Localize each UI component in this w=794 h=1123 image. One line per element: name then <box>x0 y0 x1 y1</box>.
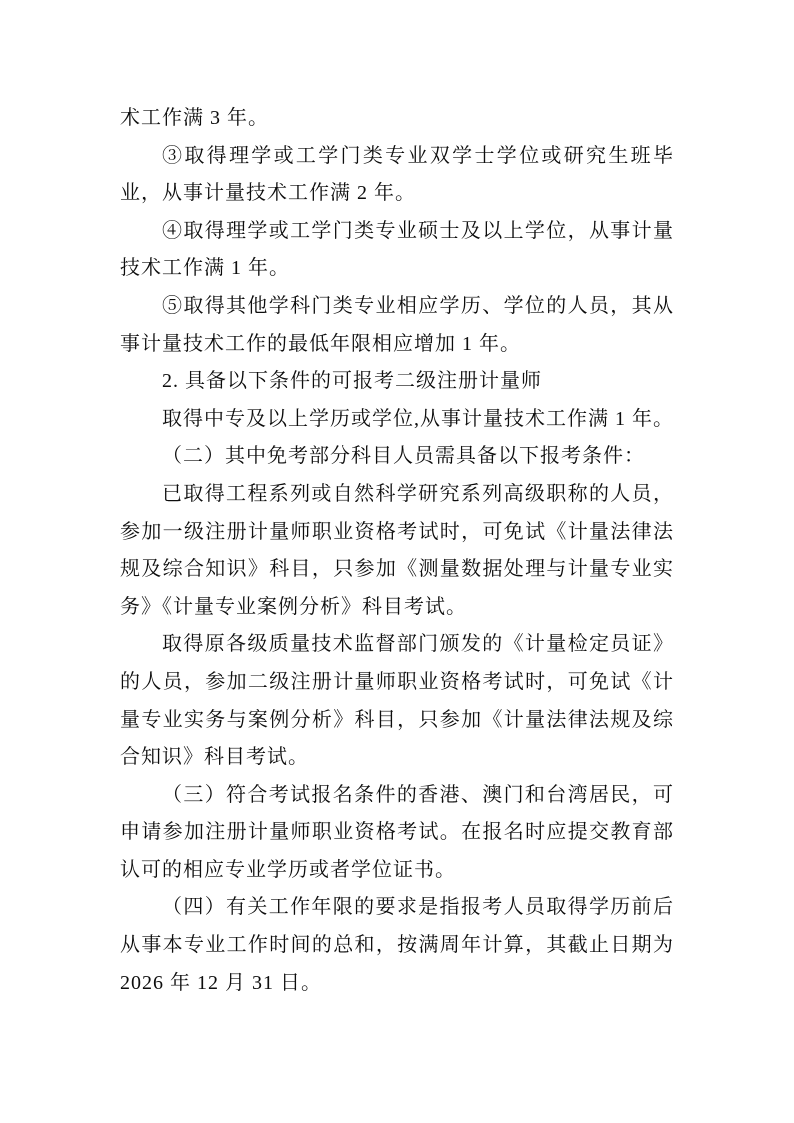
text-line: 务》《计量专业案例分析》科目考试。 <box>120 589 674 627</box>
paragraph: ④取得理学或工学门类专业硕士及以上学位，从事计量技术工作满 1 年。 <box>120 213 674 288</box>
text-line: 已取得工程系列或自然科学研究系列高级职称的人员， <box>120 476 674 514</box>
text-line: 从事本专业工作时间的总和，按满周年计算，其截止日期为 <box>120 927 674 965</box>
text-line: 合知识》科目考试。 <box>120 739 674 777</box>
paragraph: （三）符合考试报名条件的香港、澳门和台湾居民，可申请参加注册计量师职业资格考试。… <box>120 777 674 890</box>
text-line: 参加一级注册计量师职业资格考试时，可免试《计量法律法 <box>120 514 674 552</box>
text-line: 术工作满 3 年。 <box>120 100 674 138</box>
text-line: 取得原各级质量技术监督部门颁发的《计量检定员证》 <box>120 626 674 664</box>
text-line: 规及综合知识》科目，只参加《测量数据处理与计量专业实 <box>120 551 674 589</box>
text-line: 认可的相应专业学历或者学位证书。 <box>120 852 674 890</box>
text-line: 取得中专及以上学历或学位,从事计量技术工作满 1 年。 <box>120 401 674 439</box>
paragraph: ③取得理学或工学门类专业双学士学位或研究生班毕业，从事计量技术工作满 2 年。 <box>120 138 674 213</box>
paragraph: （二）其中免考部分科目人员需具备以下报考条件： <box>120 438 674 476</box>
text-line: 2. 具备以下条件的可报考二级注册计量师 <box>120 363 674 401</box>
text-line: 技术工作满 1 年。 <box>120 250 674 288</box>
paragraph: ⑤取得其他学科门类专业相应学历、学位的人员，其从事计量技术工作的最低年限相应增加… <box>120 288 674 363</box>
text-line: 的人员，参加二级注册计量师职业资格考试时，可免试《计 <box>120 664 674 702</box>
text-line: ④取得理学或工学门类专业硕士及以上学位，从事计量 <box>120 213 674 251</box>
text-line: ⑤取得其他学科门类专业相应学历、学位的人员，其从 <box>120 288 674 326</box>
text-line: （二）其中免考部分科目人员需具备以下报考条件： <box>120 438 674 476</box>
paragraph: 术工作满 3 年。 <box>120 100 674 138</box>
text-line: （三）符合考试报名条件的香港、澳门和台湾居民，可 <box>120 777 674 815</box>
text-line: 2026 年 12 月 31 日。 <box>120 965 674 1003</box>
paragraph: 取得原各级质量技术监督部门颁发的《计量检定员证》的人员，参加二级注册计量师职业资… <box>120 626 674 776</box>
text-line: 量专业实务与案例分析》科目，只参加《计量法律法规及综 <box>120 702 674 740</box>
text-line: ③取得理学或工学门类专业双学士学位或研究生班毕 <box>120 138 674 176</box>
text-line: 事计量技术工作的最低年限相应增加 1 年。 <box>120 326 674 364</box>
text-line: 业，从事计量技术工作满 2 年。 <box>120 175 674 213</box>
text-line: （四）有关工作年限的要求是指报考人员取得学历前后 <box>120 889 674 927</box>
paragraph: 2. 具备以下条件的可报考二级注册计量师 <box>120 363 674 401</box>
document-body: 术工作满 3 年。③取得理学或工学门类专业双学士学位或研究生班毕业，从事计量技术… <box>120 100 674 1002</box>
document-page: 术工作满 3 年。③取得理学或工学门类专业双学士学位或研究生班毕业，从事计量技术… <box>0 0 794 1123</box>
text-line: 申请参加注册计量师职业资格考试。在报名时应提交教育部 <box>120 814 674 852</box>
paragraph: 已取得工程系列或自然科学研究系列高级职称的人员，参加一级注册计量师职业资格考试时… <box>120 476 674 626</box>
paragraph: （四）有关工作年限的要求是指报考人员取得学历前后从事本专业工作时间的总和，按满周… <box>120 889 674 1002</box>
paragraph: 取得中专及以上学历或学位,从事计量技术工作满 1 年。 <box>120 401 674 439</box>
